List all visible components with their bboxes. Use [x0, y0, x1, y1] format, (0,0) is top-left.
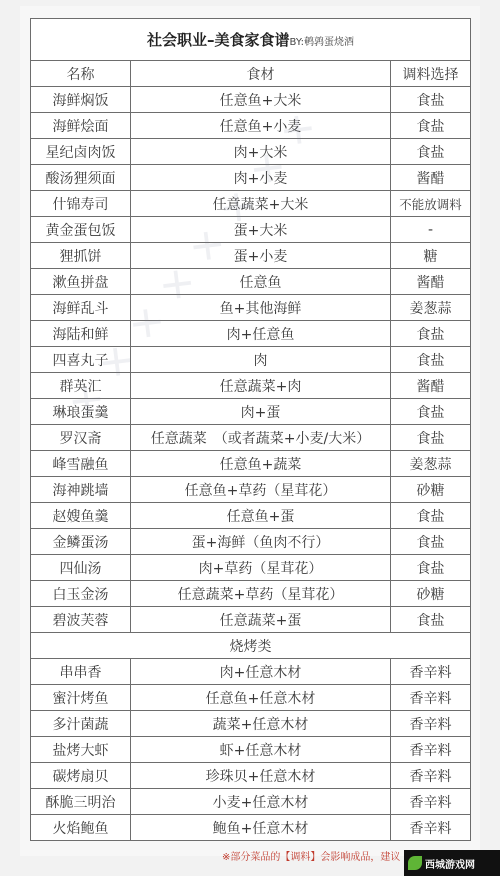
seasoning-cell: 食盐: [391, 503, 471, 529]
seasoning-cell: -: [391, 217, 471, 243]
ingredients-cell: 肉+任意鱼: [131, 321, 391, 347]
ingredients-cell: 鱼+其他海鲜: [131, 295, 391, 321]
seasoning-cell: 香辛料: [391, 789, 471, 815]
site-watermark-logo: 西城游戏网: [404, 850, 500, 876]
dish-name-cell: 金鳞蛋汤: [31, 529, 131, 555]
ingredients-cell: 任意蔬菜+草药（星茸花）: [131, 581, 391, 607]
dish-name-cell: 火焰鲍鱼: [31, 815, 131, 841]
table-row: 白玉金汤任意蔬菜+草药（星茸花）砂糖: [31, 581, 471, 607]
seasoning-cell: 香辛料: [391, 815, 471, 841]
dish-name-cell: 星纪卤肉饭: [31, 139, 131, 165]
dish-name-cell: 白玉金汤: [31, 581, 131, 607]
table-row: 海陆和鲜肉+任意鱼食盐: [31, 321, 471, 347]
dish-name-cell: 酸汤狸须面: [31, 165, 131, 191]
table-row: 酥脆三明治小麦+任意木材香辛料: [31, 789, 471, 815]
ingredients-cell: 蛋+小麦: [131, 243, 391, 269]
seasoning-cell: 食盐: [391, 87, 471, 113]
dish-name-cell: 碧波芙蓉: [31, 607, 131, 633]
table-row: 海鲜焖饭任意鱼+大米食盐: [31, 87, 471, 113]
ingredients-cell: 肉+蛋: [131, 399, 391, 425]
ingredients-cell: 任意鱼+小麦: [131, 113, 391, 139]
table-body: 海鲜焖饭任意鱼+大米食盐海鲜烩面任意鱼+小麦食盐星纪卤肉饭肉+大米食盐酸汤狸须面…: [31, 87, 471, 841]
table-row: 峰雪融鱼任意鱼+蔬菜姜葱蒜: [31, 451, 471, 477]
table-row: 海鲜烩面任意鱼+小麦食盐: [31, 113, 471, 139]
dish-name-cell: 海鲜乱斗: [31, 295, 131, 321]
table-row: 串串香肉+任意木材香辛料: [31, 659, 471, 685]
seasoning-cell: 香辛料: [391, 659, 471, 685]
seasoning-cell: 酱醋: [391, 269, 471, 295]
column-header-seasoning: 调料选择: [391, 61, 471, 87]
dish-name-cell: 赵嫂鱼羹: [31, 503, 131, 529]
ingredients-cell: 肉+大米: [131, 139, 391, 165]
seasoning-cell: 食盐: [391, 425, 471, 451]
seasoning-cell: 糖: [391, 243, 471, 269]
seasoning-cell: 食盐: [391, 555, 471, 581]
seasoning-cell: 食盐: [391, 607, 471, 633]
dish-name-cell: 峰雪融鱼: [31, 451, 131, 477]
seasoning-cell: 香辛料: [391, 737, 471, 763]
dish-name-cell: 漱鱼拼盘: [31, 269, 131, 295]
seasoning-cell: 食盐: [391, 113, 471, 139]
ingredients-cell: 任意鱼+草药（星茸花）: [131, 477, 391, 503]
seasoning-cell: 食盐: [391, 529, 471, 555]
table-row: 酸汤狸须面肉+小麦酱醋: [31, 165, 471, 191]
ingredients-cell: 任意鱼+大米: [131, 87, 391, 113]
dish-name-cell: 海陆和鲜: [31, 321, 131, 347]
table-row: 琳琅蛋羹肉+蛋食盐: [31, 399, 471, 425]
seasoning-cell: 姜葱蒜: [391, 451, 471, 477]
table-row: 多汁菌蔬蔬菜+任意木材香辛料: [31, 711, 471, 737]
table-row: 黄金蛋包饭蛋+大米-: [31, 217, 471, 243]
ingredients-cell: 任意蔬菜+蛋: [131, 607, 391, 633]
column-header-ingredients: 食材: [131, 61, 391, 87]
seasoning-cell: 食盐: [391, 347, 471, 373]
table-byline: BY:鹌鹑蛋烧酒: [290, 37, 354, 48]
seasoning-cell: 香辛料: [391, 685, 471, 711]
table-row: 海鲜乱斗鱼+其他海鲜姜葱蒜: [31, 295, 471, 321]
table-row: 四仙汤肉+草药（星茸花）食盐: [31, 555, 471, 581]
dish-name-cell: 罗汉斋: [31, 425, 131, 451]
ingredients-cell: 鲍鱼+任意木材: [131, 815, 391, 841]
seasoning-cell: 不能放调料: [391, 191, 471, 217]
dish-name-cell: 盐烤大虾: [31, 737, 131, 763]
dish-name-cell: 酥脆三明治: [31, 789, 131, 815]
seasoning-cell: 酱醋: [391, 165, 471, 191]
table-title: 社会职业–美食家食谱: [147, 31, 290, 49]
seasoning-cell: 香辛料: [391, 763, 471, 789]
seasoning-cell: 姜葱蒜: [391, 295, 471, 321]
ingredients-cell: 蔬菜+任意木材: [131, 711, 391, 737]
seasoning-cell: 酱醋: [391, 373, 471, 399]
ingredients-cell: 任意鱼+蛋: [131, 503, 391, 529]
table-row: 漱鱼拼盘任意鱼酱醋: [31, 269, 471, 295]
ingredients-cell: 任意蔬菜 （或者蔬菜+小麦/大米）: [131, 425, 391, 451]
dish-name-cell: 蜜汁烤鱼: [31, 685, 131, 711]
dish-name-cell: 狸抓饼: [31, 243, 131, 269]
dish-name-cell: 什锦寿司: [31, 191, 131, 217]
dish-name-cell: 海鲜烩面: [31, 113, 131, 139]
header-row: 名称 食材 调料选择: [31, 61, 471, 87]
seasoning-cell: 砂糖: [391, 581, 471, 607]
table-row: 狸抓饼蛋+小麦糖: [31, 243, 471, 269]
leaf-logo-icon: [408, 856, 422, 870]
dish-name-cell: 四仙汤: [31, 555, 131, 581]
ingredients-cell: 肉+草药（星茸花）: [131, 555, 391, 581]
ingredients-cell: 任意蔬菜+大米: [131, 191, 391, 217]
ingredients-cell: 珍珠贝+任意木材: [131, 763, 391, 789]
seasoning-cell: 砂糖: [391, 477, 471, 503]
table-row: 赵嫂鱼羹任意鱼+蛋食盐: [31, 503, 471, 529]
dish-name-cell: 四喜丸子: [31, 347, 131, 373]
ingredients-cell: 肉+任意木材: [131, 659, 391, 685]
table-row: 四喜丸子肉食盐: [31, 347, 471, 373]
dish-name-cell: 琳琅蛋羹: [31, 399, 131, 425]
ingredients-cell: 肉: [131, 347, 391, 373]
ingredients-cell: 蛋+海鲜（鱼肉不行）: [131, 529, 391, 555]
seasoning-cell: 食盐: [391, 321, 471, 347]
table-row: 群英汇任意蔬菜+肉酱醋: [31, 373, 471, 399]
ingredients-cell: 任意鱼+任意木材: [131, 685, 391, 711]
dish-name-cell: 海神跳墙: [31, 477, 131, 503]
ingredients-cell: 肉+小麦: [131, 165, 391, 191]
table-row: 罗汉斋任意蔬菜 （或者蔬菜+小麦/大米）食盐: [31, 425, 471, 451]
column-header-name: 名称: [31, 61, 131, 87]
footnote: ※部分菜品的【调料】会影响成品，建议: [222, 848, 400, 863]
table-row: 火焰鲍鱼鲍鱼+任意木材香辛料: [31, 815, 471, 841]
ingredients-cell: 任意鱼: [131, 269, 391, 295]
dish-name-cell: 串串香: [31, 659, 131, 685]
ingredients-cell: 蛋+大米: [131, 217, 391, 243]
table-row: 蜜汁烤鱼任意鱼+任意木材香辛料: [31, 685, 471, 711]
table-row: 碧波芙蓉任意蔬菜+蛋食盐: [31, 607, 471, 633]
table-row: 什锦寿司任意蔬菜+大米不能放调料: [31, 191, 471, 217]
seasoning-cell: 食盐: [391, 139, 471, 165]
seasoning-cell: 香辛料: [391, 711, 471, 737]
category-label: 烧烤类: [31, 633, 471, 659]
dish-name-cell: 黄金蛋包饭: [31, 217, 131, 243]
ingredients-cell: 任意蔬菜+肉: [131, 373, 391, 399]
table-row: 碳烤扇贝珍珠贝+任意木材香辛料: [31, 763, 471, 789]
table-title-cell: 社会职业–美食家食谱BY:鹌鹑蛋烧酒: [31, 19, 471, 61]
dish-name-cell: 多汁菌蔬: [31, 711, 131, 737]
ingredients-cell: 任意鱼+蔬菜: [131, 451, 391, 477]
ingredients-cell: 小麦+任意木材: [131, 789, 391, 815]
table-row: 海神跳墙任意鱼+草药（星茸花）砂糖: [31, 477, 471, 503]
table-row: 金鳞蛋汤蛋+海鲜（鱼肉不行）食盐: [31, 529, 471, 555]
site-watermark-text: 西城游戏网: [425, 856, 475, 871]
dish-name-cell: 群英汇: [31, 373, 131, 399]
dish-name-cell: 碳烤扇贝: [31, 763, 131, 789]
table-row: 盐烤大虾虾+任意木材香辛料: [31, 737, 471, 763]
seasoning-cell: 食盐: [391, 399, 471, 425]
table-row: 星纪卤肉饭肉+大米食盐: [31, 139, 471, 165]
dish-name-cell: 海鲜焖饭: [31, 87, 131, 113]
category-row: 烧烤类: [31, 633, 471, 659]
recipe-table: 社会职业–美食家食谱BY:鹌鹑蛋烧酒 名称 食材 调料选择 海鲜焖饭任意鱼+大米…: [30, 18, 471, 841]
ingredients-cell: 虾+任意木材: [131, 737, 391, 763]
